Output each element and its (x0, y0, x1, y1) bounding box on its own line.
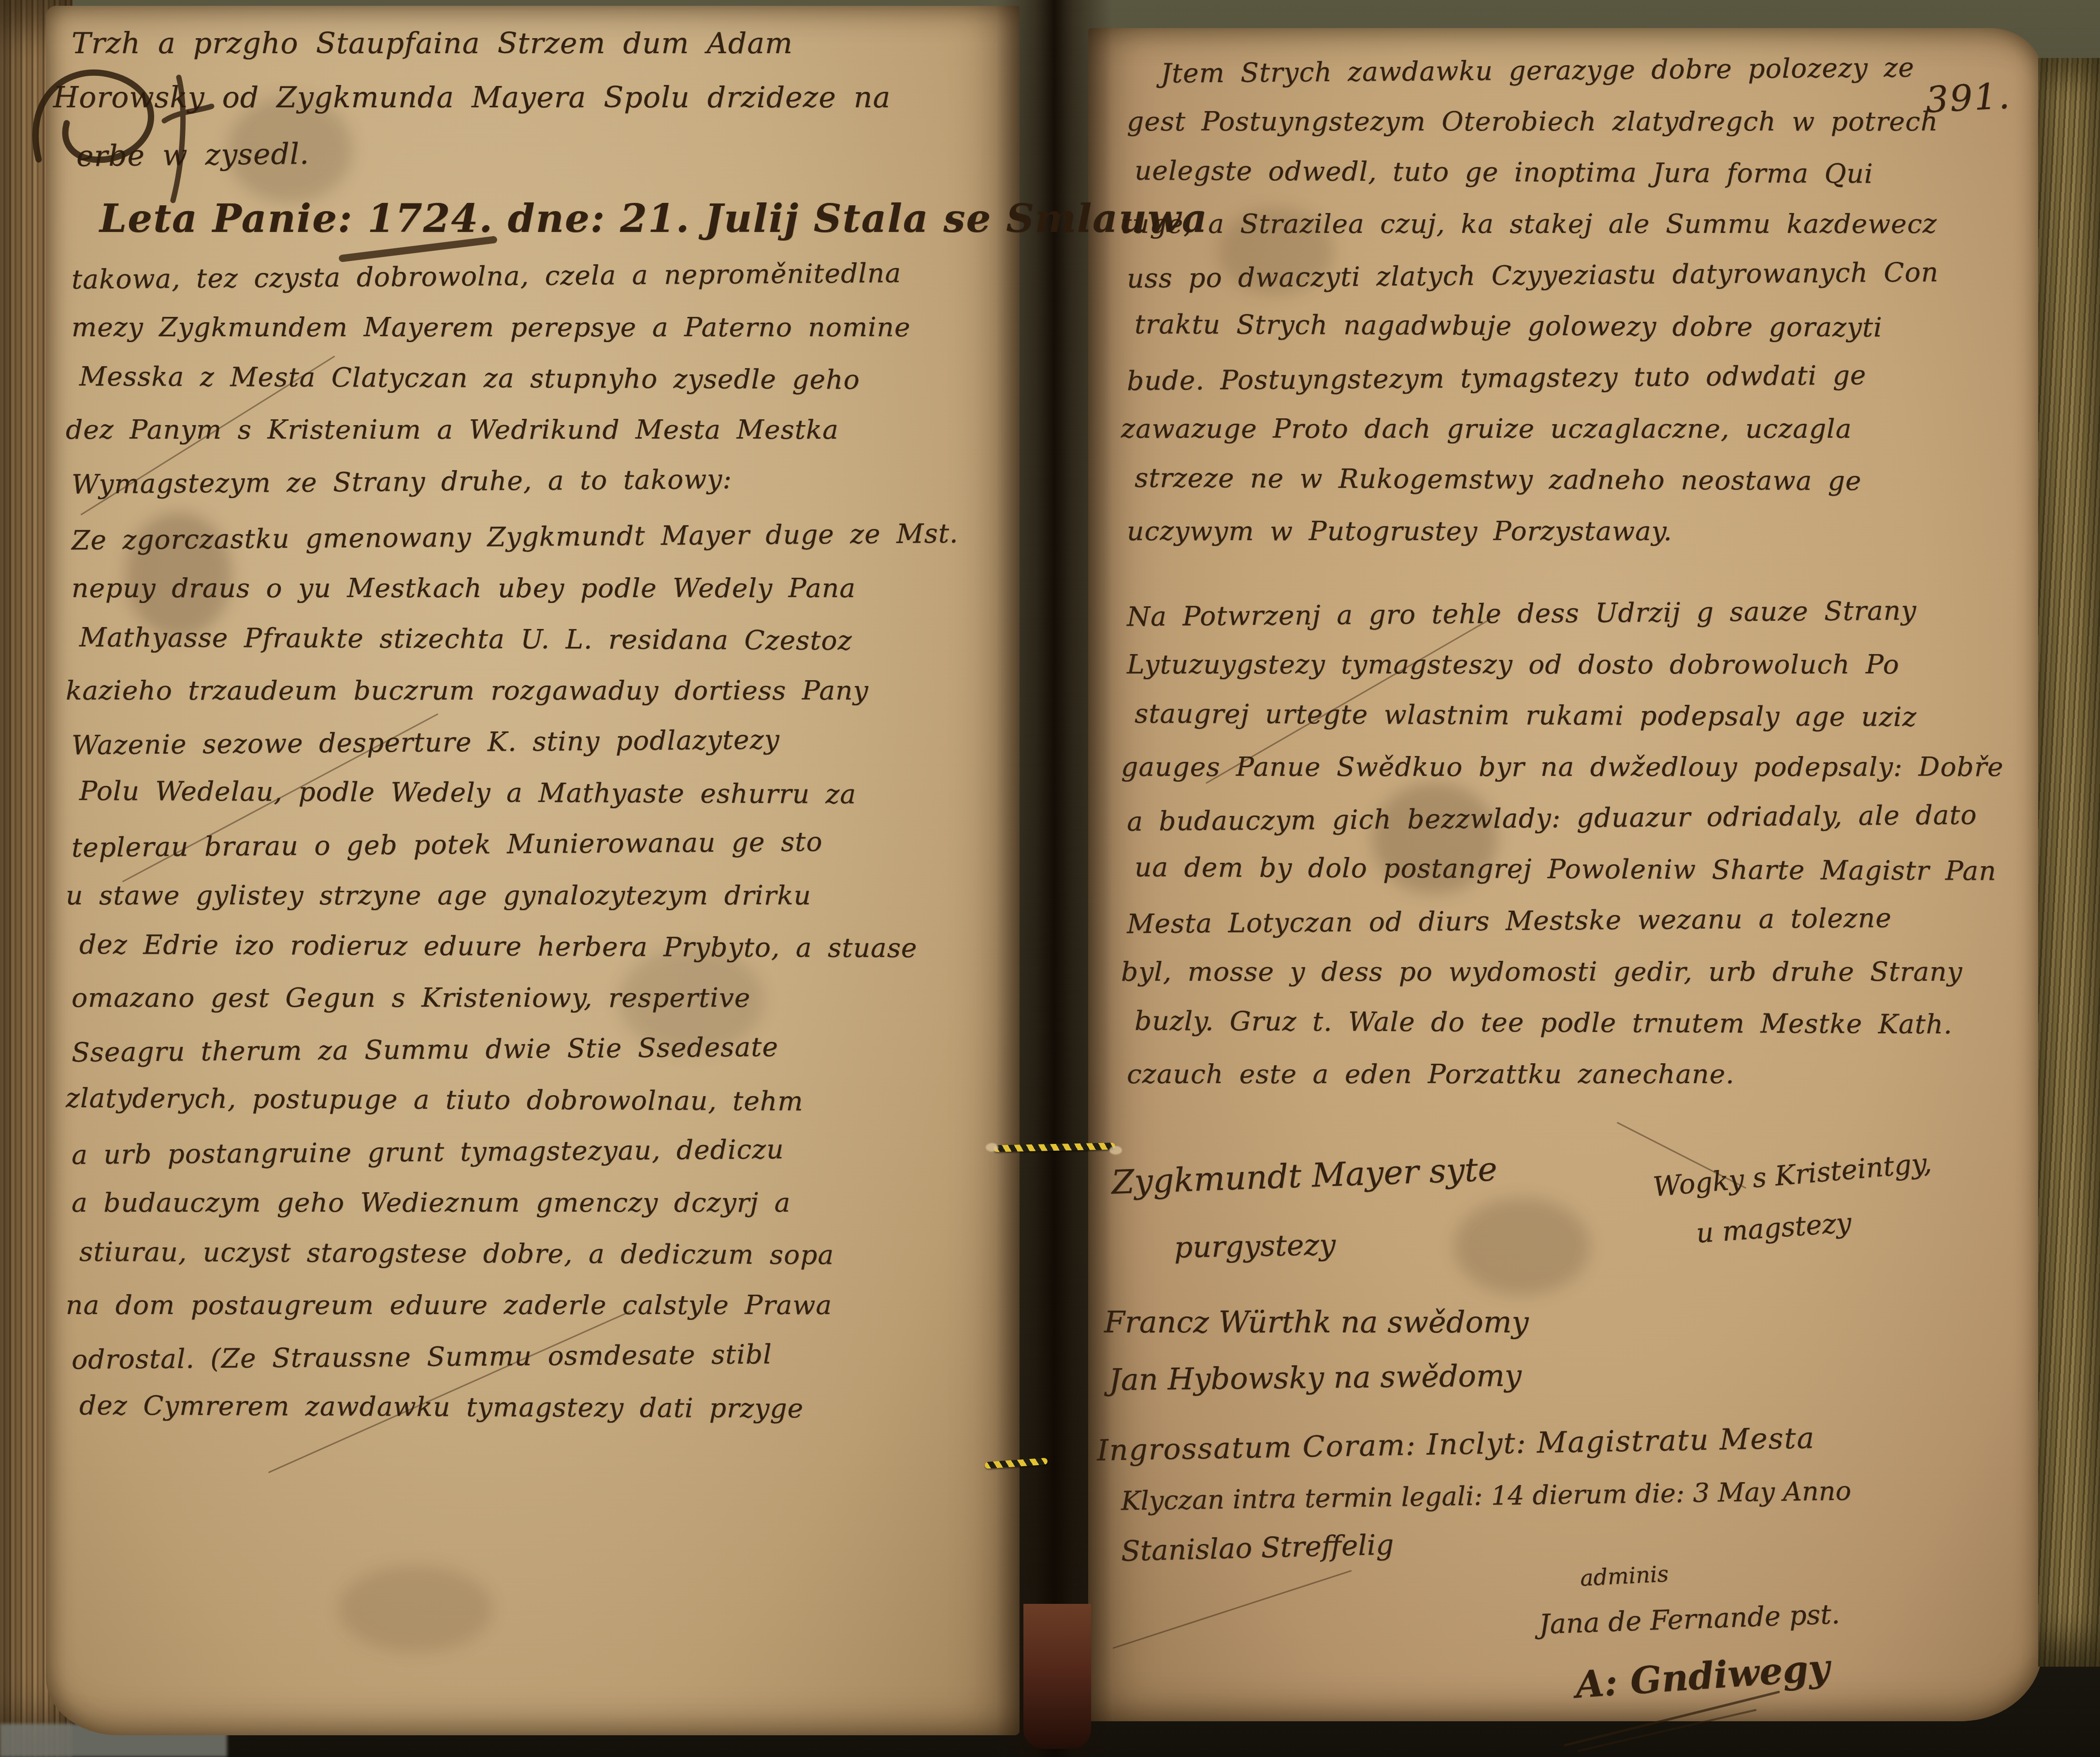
thread-hole (1109, 1146, 1122, 1155)
manuscript-line: byl, mosse y dess po wydomosti gedir, ur… (1121, 946, 2035, 997)
manuscript-line: u stawe gylistey strzyne age gynalozytez… (66, 870, 980, 921)
manuscript-line: Wymagstezym ze Strany druhe, a to takowy… (72, 452, 980, 510)
manuscript-line: na dom postaugreum eduure zaderle calsty… (66, 1279, 980, 1330)
manuscript-line: teplerau brarau o geb potek Munierowanau… (72, 815, 980, 873)
left-page-text: Trzh a przgho Staupfaina Strzem dum Adam… (72, 16, 980, 1433)
manuscript-line: a budauczym gich bezzwlady: gduazur odri… (1127, 789, 2036, 847)
right-page-text: Jtem Strych zawdawku gerazyge dobre polo… (1127, 44, 2035, 1100)
manuscript-line: bude. Postuyngstezym tymagstezy tuto odw… (1127, 348, 2036, 407)
manuscript-line: Jtem Strych zawdawku gerazyge dobre polo… (1127, 41, 2036, 100)
manuscript-line: nepuy draus o yu Mestkach ubey podle Wed… (72, 562, 980, 614)
manuscript-line: uss po dwaczyti zlatych Czyyeziastu daty… (1127, 246, 2036, 304)
left-paragraph-1: takowa, tez czysta dobrowolna, czela a n… (72, 250, 980, 506)
manuscript-line: traktu Strych nagadwbuje golowezy dobre … (1135, 299, 2035, 354)
manuscript-line: Mathyasse Pfraukte stizechta U. L. resid… (79, 612, 980, 667)
manuscript-line: Ze zgorczastku gmenowany Zygkmundt Mayer… (72, 508, 980, 566)
manuscript-line: a urb postangruine grunt tymagstezyau, d… (72, 1122, 980, 1181)
heading-line: erbe w zysedl. (76, 120, 980, 184)
witness-1: Francz Würthk na swědomy (1104, 1304, 1529, 1340)
manuscript-line: mezy Zygkmundem Mayerem perepsye a Pater… (72, 301, 980, 353)
manuscript-line: a budauczym geho Wedieznum gmenczy dczyr… (72, 1177, 980, 1228)
manuscript-line: Wazenie sezowe desperture K. stiny podla… (72, 713, 980, 771)
manuscript-line: Lytuzuygstezy tymagsteszy od dosto dobro… (1127, 639, 2035, 690)
manuscript-line: odrostal. (Ze Straussne Summu osmdesate … (72, 1327, 980, 1386)
manuscript-line: Na Potwrzenj a gro tehle dess Udrzij g s… (1127, 584, 2036, 643)
manuscript-line: uczywym w Putogrustey Porzystaway. (1127, 505, 2035, 557)
stain (1454, 1198, 1590, 1295)
record-heading: Trzh a przgho Staupfaina Strzem dum Adam… (72, 16, 980, 179)
right-paragraph-1: Jtem Strych zawdawku gerazyge dobre polo… (1127, 44, 2035, 557)
left-paragraph-2: Ze zgorczastku gmenowany Zygkmundt Mayer… (72, 511, 980, 1433)
manuscript-scan: { "document": { "kind": "handwritten lan… (0, 0, 2100, 1757)
right-paragraph-2: Na Potwrzenj a gro tehle dess Udrzij g s… (1127, 587, 2035, 1100)
manuscript-line: buzly. Gruz t. Wale do tee podle trnutem… (1135, 995, 2035, 1050)
manuscript-line: staugrej urtegte wlastnim rukami podepsa… (1135, 688, 2035, 743)
manuscript-line: zawazuge Proto dach gruize uczaglaczne, … (1121, 403, 2035, 454)
signature-party-title: purgystezy (1174, 1228, 1336, 1265)
thread-hole (986, 1143, 998, 1152)
manuscript-line: gest Postuyngstezym Oterobiech zlatydreg… (1127, 96, 2035, 147)
manuscript-line: stiurau, uczyst starogstese dobre, a ded… (79, 1226, 980, 1281)
manuscript-line: omazano gest Gegun s Kristeniowy, resper… (72, 972, 980, 1023)
heading-line: Horowsky od Zygkmunda Mayera Spolu drzid… (53, 71, 980, 125)
closing-word: adminis (1580, 1560, 1669, 1591)
manuscript-line: gauges Panue Swědkuo byr na dwžedlouy po… (1121, 741, 2035, 792)
manuscript-line: ua dem by dolo postangrej Powoleniw Shar… (1135, 842, 2035, 897)
heading-line: Trzh a przgho Staupfaina Strzem dum Adam (72, 16, 980, 71)
manuscript-line: tuge, a Strazilea czuj, ka stakej ale Su… (1121, 198, 2035, 249)
manuscript-line: Mesta Lotyczan od diurs Mestske wezanu a… (1127, 891, 2036, 950)
manuscript-line: Messka z Mesta Clatyczan za stupnyho zys… (79, 351, 980, 406)
gutter-shadow (996, 0, 1112, 1757)
manuscript-line: takowa, tez czysta dobrowolna, czela a n… (72, 247, 980, 305)
date-line: Leta Panie: 1724. dne: 21. Julij Stala s… (100, 189, 980, 247)
manuscript-line: dez Edrie izo rodieruz eduure herbera Pr… (79, 919, 980, 974)
spine-strip (1023, 1604, 1091, 1749)
stain (338, 1565, 493, 1652)
manuscript-line: uelegste odwedl, tuto ge inoptima Jura f… (1135, 145, 2035, 200)
manuscript-line: Sseagru therum za Summu dwie Stie Ssedes… (72, 1020, 980, 1078)
manuscript-line: strzeze ne w Rukogemstwy zadneho neostaw… (1135, 452, 2035, 507)
manuscript-line: kazieho trzaudeum buczrum rozgawaduy dor… (66, 665, 980, 716)
manuscript-line: Polu Wedelau, podle Wedely a Mathyaste e… (79, 765, 980, 820)
fore-edge-stack-right (2038, 58, 2100, 1667)
manuscript-line: dez Cymrerem zawdawku tymagstezy dati pr… (79, 1380, 980, 1435)
registrar-name: Stanislao Streffelig (1121, 1528, 1394, 1568)
witness-2: Jan Hybowsky na swědomy (1109, 1358, 1522, 1398)
manuscript-line: zlatyderych, postupuge a tiuto dobrowoln… (66, 1072, 980, 1128)
manuscript-line: czauch este a eden Porzattku zanechane. (1127, 1048, 2035, 1100)
manuscript-line: dez Panym s Kristenium a Wedrikund Mesta… (66, 404, 980, 455)
